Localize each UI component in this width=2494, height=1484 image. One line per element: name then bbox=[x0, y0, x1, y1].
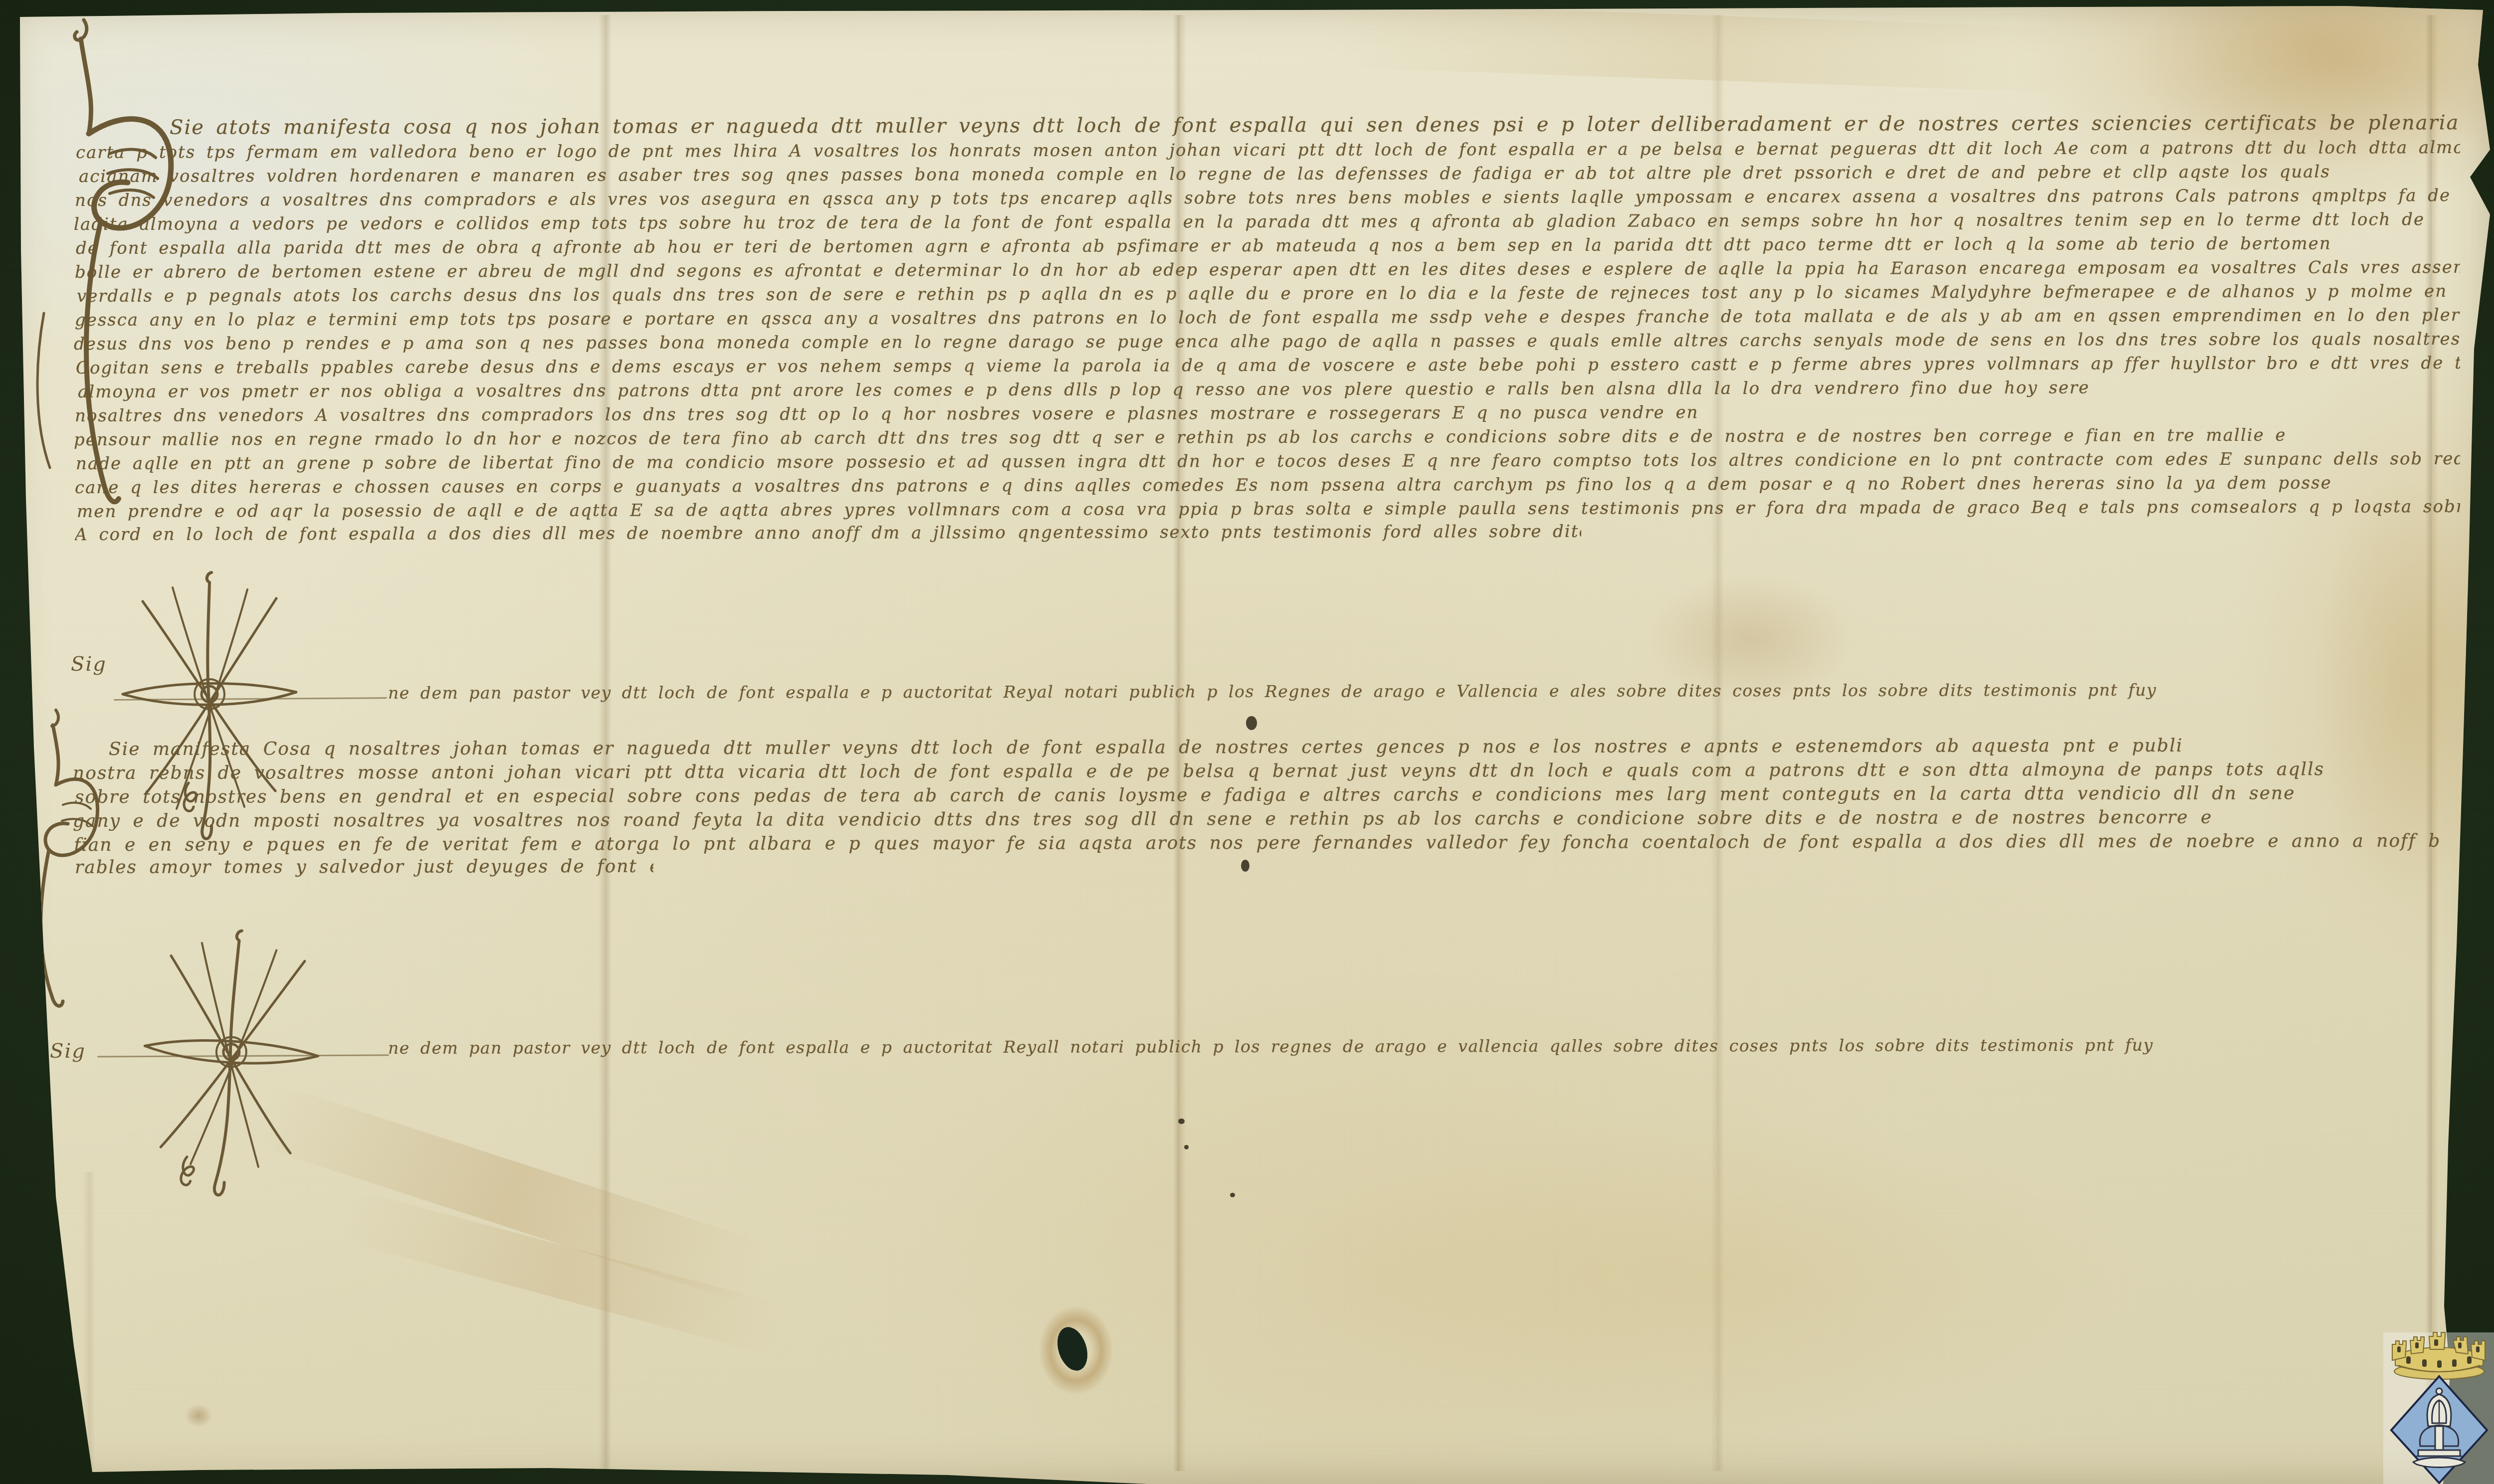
charter-text-line: A cord en lo loch de font espalla a dos … bbox=[75, 522, 1581, 545]
stain bbox=[340, 1189, 788, 1356]
ink-blot bbox=[1230, 1193, 1235, 1197]
manuscript-photo: Sie atots manifesta cosa q nos johan tom… bbox=[0, 0, 2494, 1484]
notarial-signum-icon bbox=[124, 919, 343, 1212]
charter-text-line: cane q les dites hereras e chossen cause… bbox=[75, 473, 2460, 498]
charter-text-line: Sie atots manifesta cosa q nos johan tom… bbox=[170, 111, 2459, 139]
charter-text-line: desus dns vos beno p rendes e p ama son … bbox=[74, 330, 2460, 354]
stain bbox=[252, 1083, 771, 1306]
charter-text-line: nade aqlle en ptt an grene p sobre de li… bbox=[76, 449, 2460, 474]
coat-of-arms-stamp bbox=[2385, 1328, 2493, 1484]
fold-crease bbox=[82, 1172, 95, 1471]
signum-label: Sig bbox=[50, 1041, 86, 1061]
charter-text-line: carta p tots tps fermam em valledora ben… bbox=[76, 138, 2460, 163]
charter-text-line: sobre tots nostres bens en gendral et en… bbox=[75, 783, 2461, 808]
charter-text-line: pensour mallie nos en regne rmado lo dn … bbox=[74, 425, 2460, 450]
charter-text-line: fian e en seny e pques en fe de veritat … bbox=[74, 831, 2461, 856]
charter-text-line: ladita almoyna a vedors pe vedors e coll… bbox=[74, 210, 2461, 234]
notarial-subscription-line: ne dem pan pastor vey dtt loch de font e… bbox=[388, 681, 2161, 703]
charter-text-line: almoyna er vos pmetr er nos obliga a vos… bbox=[78, 377, 2460, 402]
charter-text-line: verdalls e p pegnals atots los carchs de… bbox=[77, 282, 2460, 306]
charter-text-line: Sie manifesta Cosa q nosaltres johan tom… bbox=[109, 735, 2461, 760]
charter-text-line: bolle er abrero de bertomen estene er ab… bbox=[75, 258, 2460, 282]
charter-text-line: nos dns venedors a vosaltres dns comprad… bbox=[75, 186, 2462, 210]
ink-blot bbox=[1178, 1118, 1185, 1124]
parchment-sheet: Sie atots manifesta cosa q nos johan tom… bbox=[0, 0, 2494, 1484]
signum-label: Sig bbox=[71, 654, 107, 674]
charter-text-line: rables amoyr tomes y salvedor just deyug… bbox=[75, 856, 653, 878]
ink-blot bbox=[1246, 716, 1257, 730]
charter-text-line: Cogitan sens e treballs ppables carebe d… bbox=[76, 354, 2460, 378]
stain bbox=[185, 1404, 212, 1428]
ink-blot bbox=[1184, 1145, 1189, 1149]
charter-text-line: men prendre e od aqr la posessio de aqll… bbox=[77, 497, 2460, 522]
charter-text-line: de font espalla alla parida dtt mes de o… bbox=[76, 234, 2460, 258]
notarial-subscription-line: ne dem pan pastor vey dtt loch de font e… bbox=[388, 1036, 2164, 1058]
stain bbox=[1321, 2, 2071, 93]
mural-crown-icon bbox=[2392, 1332, 2485, 1379]
stain bbox=[1272, 1122, 2145, 1431]
charter-text-line: acianam vosaltres voldren hordenaren e m… bbox=[79, 162, 2461, 186]
charter-text-line: gany e de vodn mposti nosaltres ya vosal… bbox=[73, 807, 2461, 832]
ink-blot bbox=[1241, 860, 1249, 872]
charter-text-line: nostra rebns de vosaltres mosse antoni j… bbox=[73, 759, 2461, 784]
charter-text-line: gessca any en lo plaz e termini emp tots… bbox=[75, 306, 2460, 330]
charter-text-line: nosaltres dns venedors A vosaltres dns c… bbox=[75, 401, 2460, 426]
